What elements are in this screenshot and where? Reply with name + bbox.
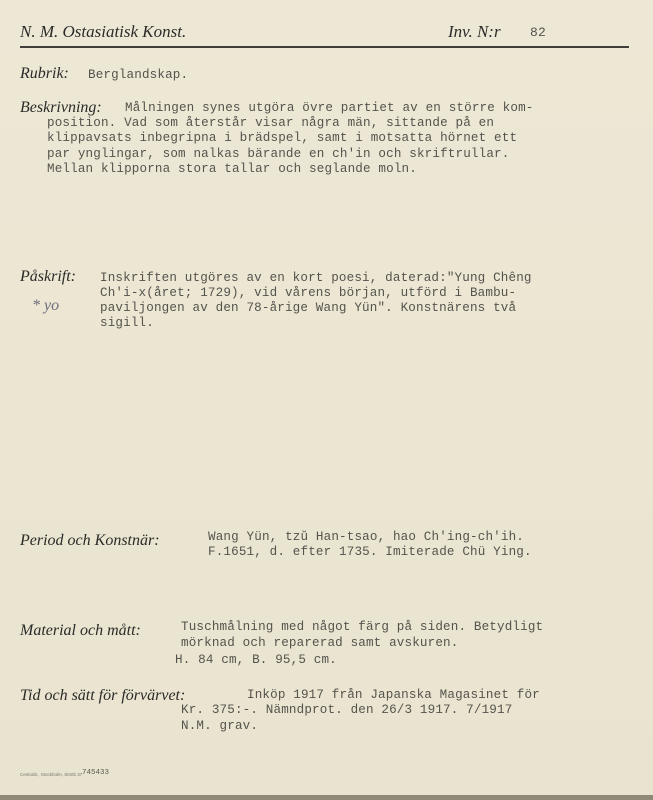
header-divider (20, 46, 629, 48)
printer-imprint: Centraltr., Stockholm, Stmtb 37 (20, 772, 82, 777)
beskrivning-label: Beskrivning: (20, 99, 102, 117)
inventory-label: Inv. N:r (448, 22, 501, 42)
forvarv-line: Inköp 1917 från Japanska Magasinet för (247, 688, 540, 703)
paskrift-line: paviljongen av den 78-årige Wang Yün". K… (100, 301, 516, 316)
card-title: N. M. Ostasiatisk Konst. (20, 22, 186, 42)
period-line: Wang Yün, tzŭ Han-tsao, hao Ch'ing-ch'ih… (208, 530, 524, 545)
handwritten-note: * yo (32, 297, 59, 315)
material-label: Material och mått: (20, 622, 141, 640)
paskrift-line: sigill. (100, 316, 154, 331)
forvarv-label: Tid och sätt för förvärvet: (20, 687, 185, 705)
period-label: Period och Konstnär: (20, 532, 160, 550)
paskrift-label: Påskrift: (20, 268, 76, 286)
beskrivning-line: position. Vad som återstår visar några m… (47, 116, 494, 131)
beskrivning-line: Målningen synes utgöra övre partiet av e… (125, 101, 534, 116)
paskrift-line: Ch'i-x(året; 1729), vid vårens början, u… (100, 286, 516, 301)
period-line: F.1651, d. efter 1735. Imiterade Chü Yin… (208, 545, 532, 560)
card-bottom-edge (0, 795, 653, 800)
inventory-number: 82 (530, 25, 546, 40)
beskrivning-line: par ynglingar, som nalkas bärande en ch'… (47, 147, 509, 162)
rubrik-label: Rubrik: (20, 65, 69, 83)
beskrivning-line: klippavsats inbegripna i brädspel, samt … (47, 131, 517, 146)
material-line: mörknad och reparerad samt avskuren. (181, 636, 458, 651)
material-line: H. 84 cm, B. 95,5 cm. (175, 653, 337, 668)
forvarv-line: N.M. grav. (181, 719, 258, 734)
catalogue-card: N. M. Ostasiatisk Konst. Inv. N:r 82 Rub… (0, 0, 653, 796)
print-number: 745433 (82, 769, 109, 777)
paskrift-line: Inskriften utgöres av en kort poesi, dat… (100, 271, 532, 286)
material-line: Tuschmålning med något färg på siden. Be… (181, 620, 543, 635)
forvarv-line: Kr. 375:-. Nämndprot. den 26/3 1917. 7/1… (181, 703, 512, 718)
beskrivning-line: Mellan klipporna stora tallar och seglan… (47, 162, 417, 177)
rubrik-value: Berglandskap. (88, 68, 188, 83)
